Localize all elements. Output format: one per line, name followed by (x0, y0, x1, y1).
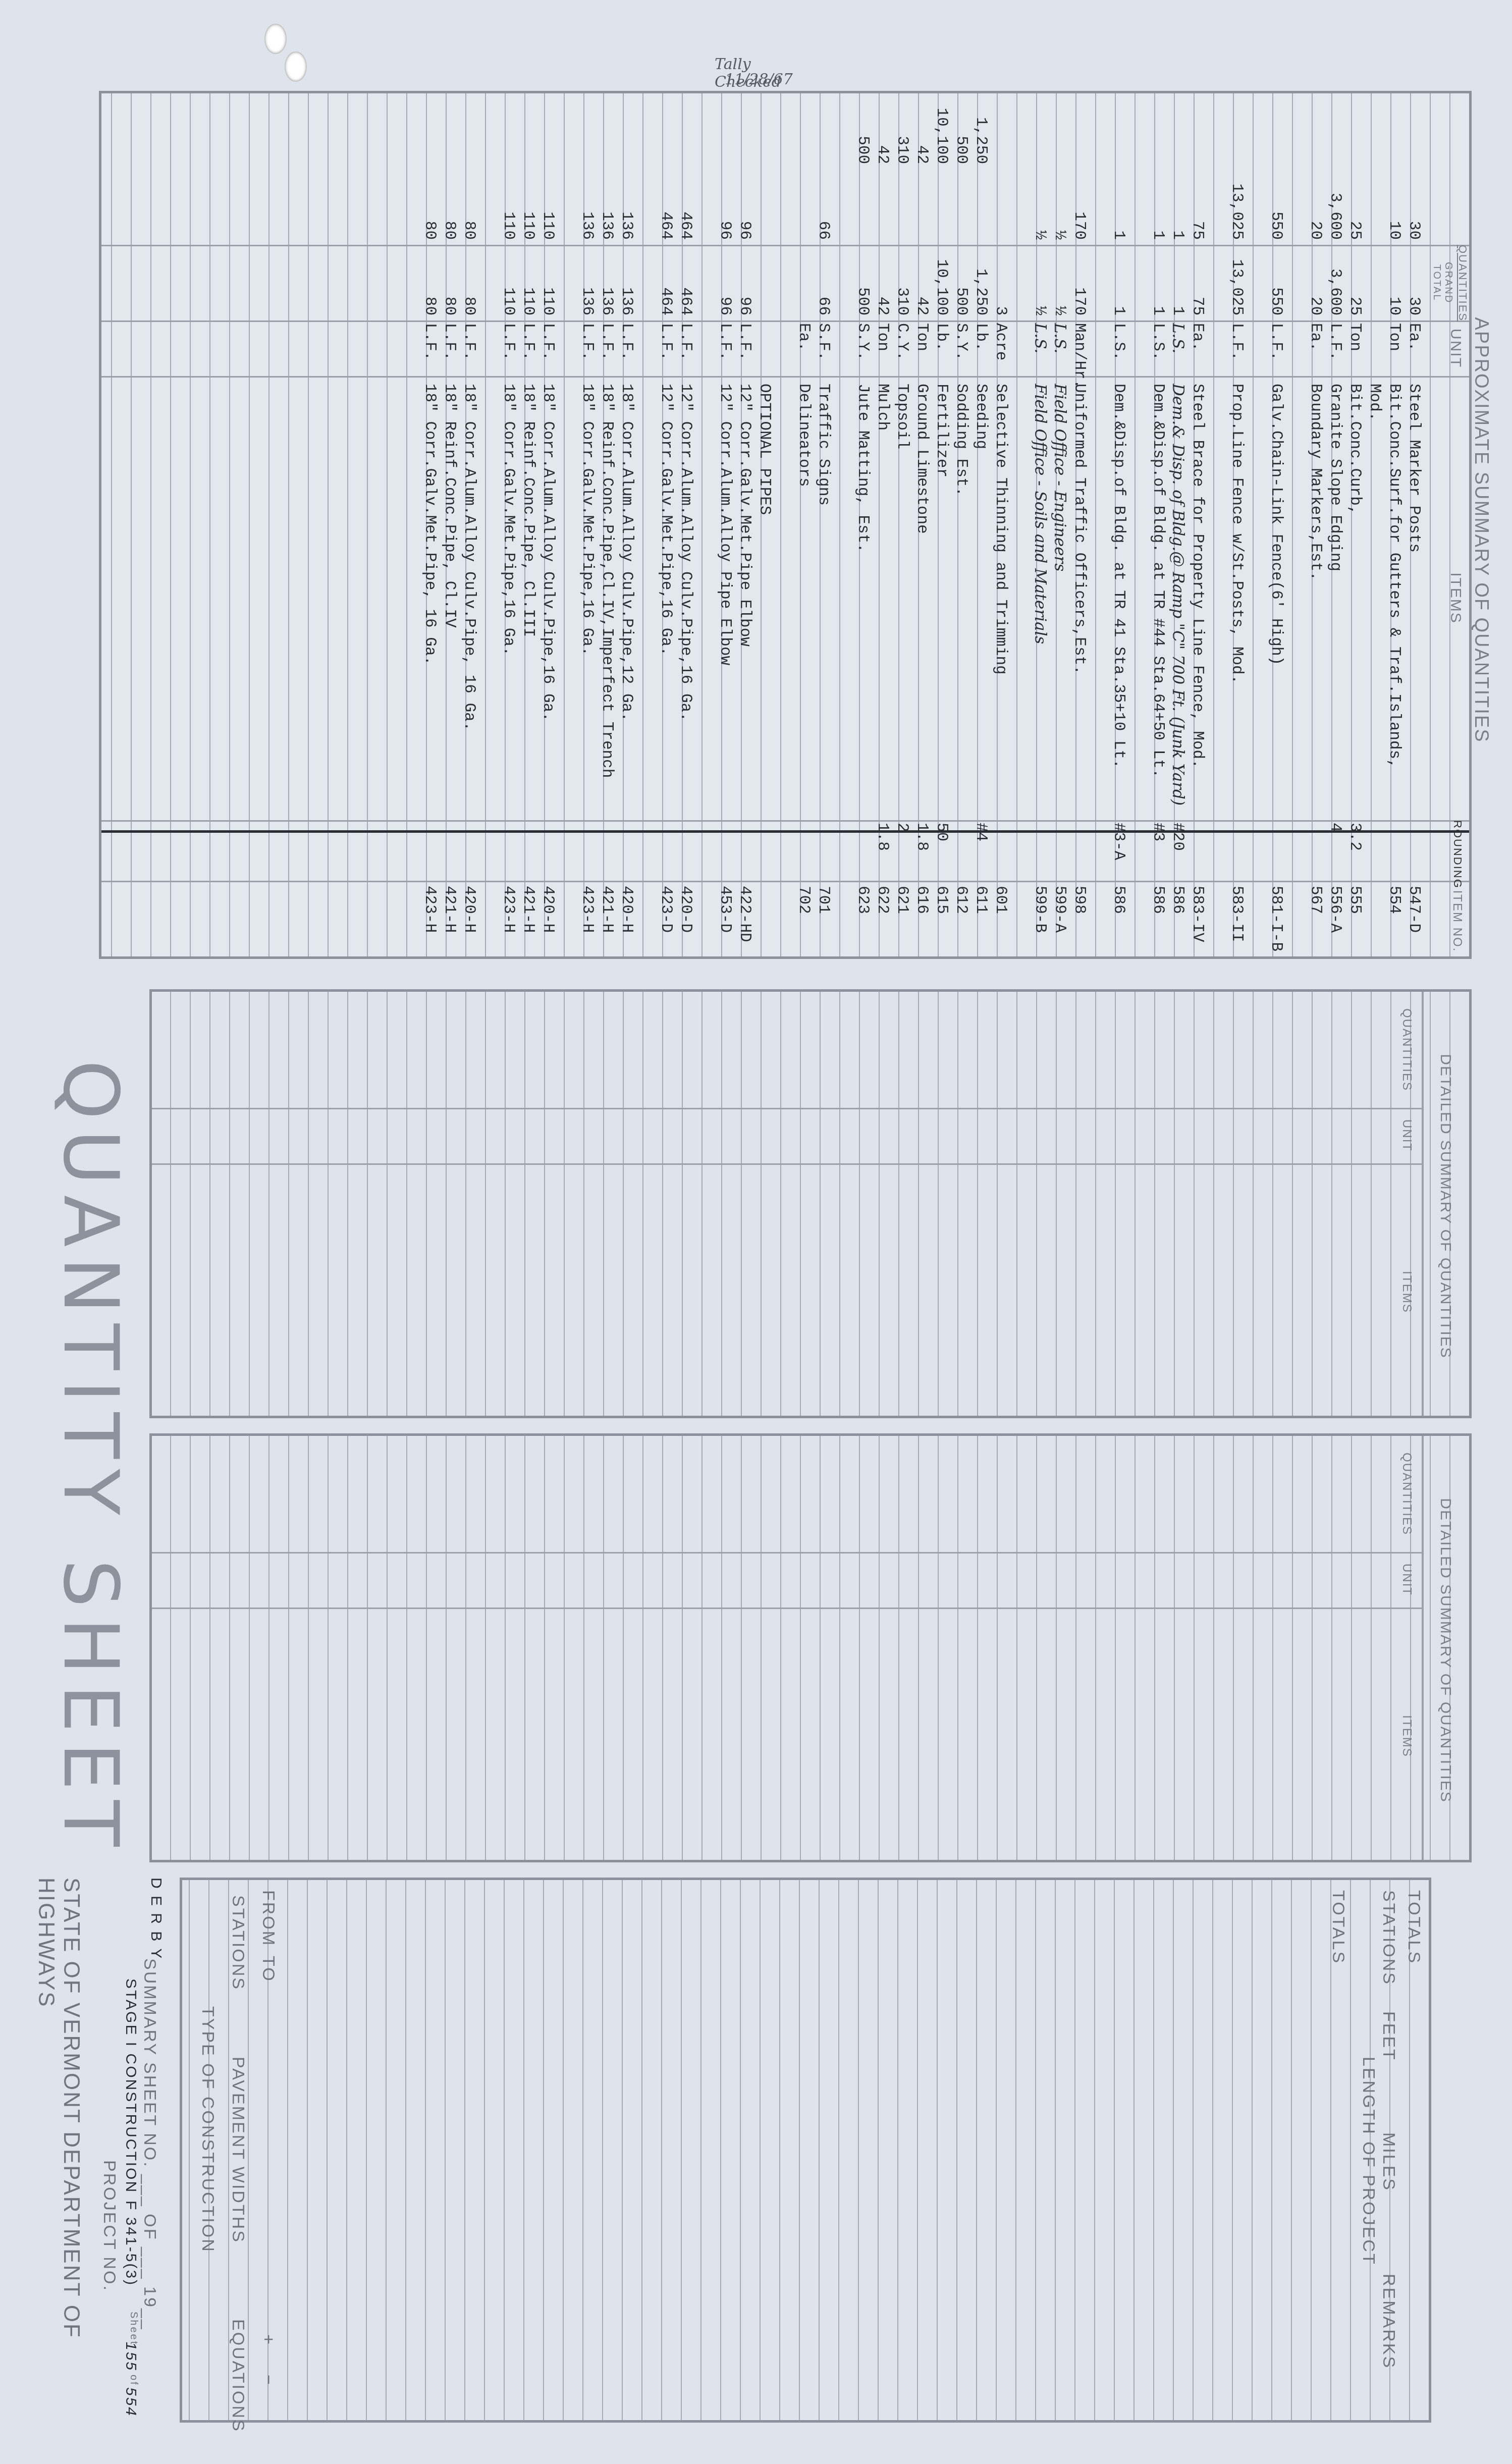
table-row: 701Traffic SignsS.F.6666 (814, 93, 833, 956)
unit-cell: L.F. (617, 323, 636, 373)
table-row: 601Selective Thinning and TrimmingAcre3 (991, 93, 1010, 956)
table-row: 420-H18" Corr.Alum.Alloy Culv.Pipe,12 Ga… (617, 93, 636, 956)
item-description-cell: 18" Corr.Alum.Alloy Culv.Pipe,16 Ga. (538, 384, 558, 818)
stations-label: STATIONS (228, 1895, 248, 1991)
project-number: F 341-5(3) (122, 2201, 139, 2286)
item-no-cell: 453-D (715, 886, 735, 956)
rounding-cell: 1.8 (912, 823, 932, 878)
grand-total-cell: 136 (617, 245, 636, 315)
pavement-widths-label: PAVEMENT WIDTHS (228, 2057, 248, 2243)
item-no-cell: 599-B (1030, 886, 1050, 956)
table-row: 421-H18" Reinf.Conc.Pipe, Cl.IVL.F.8080 (440, 93, 459, 956)
table-row: 623Jute Matting, Est.S.Y.500500 (853, 93, 873, 956)
item-no-cell: 615 (932, 886, 951, 956)
item-no-cell: 547-D (1404, 886, 1424, 956)
rounding-cell: 3.2 (1345, 823, 1365, 878)
grand-total-cell: 1 (1109, 245, 1128, 315)
grand-total-cell: 80 (440, 245, 459, 315)
item-description-cell: 12" Corr.Galv.Met.Pipe Elbow (735, 384, 754, 818)
item-description-cell: 18" Corr.Alum.Alloy Culv.Pipe,12 Ga. (617, 384, 636, 818)
grand-total-cell: 66 (814, 245, 833, 315)
grand-total-cell: 20 (1306, 245, 1325, 315)
table-row: 598Uniformed Traffic Officers,Est.Man/Hr… (1069, 93, 1089, 956)
item-description-cell: Seeding (971, 384, 991, 818)
type-of-construction-label: TYPE OF CONSTRUCTION (198, 2006, 218, 2253)
col-header-unit: UNIT (1447, 320, 1464, 376)
grand-total-cell: 10 (1384, 245, 1404, 315)
grand-total-cell: 110 (538, 245, 558, 315)
detailed-summary-1-title: DETAILED SUMMARY OF QUANTITIES (1437, 992, 1454, 1421)
unit-cell: Ton (1384, 323, 1404, 373)
rounding-cell: 1.8 (873, 823, 892, 878)
roadway-cell: 464 (656, 169, 676, 240)
len-stations-label: STATIONS (1379, 1890, 1398, 1986)
table-row: 6221.8MulchTon4242 (873, 93, 892, 956)
erosion-control-cell: 500 (853, 103, 873, 164)
unit-cell: L.F. (459, 323, 479, 373)
item-description-cell: Fertilizer (932, 384, 951, 818)
grand-total-cell: 170 (1069, 245, 1089, 315)
detailed-summary-table-1: DETAILED SUMMARY OF QUANTITIES QUANTITIE… (149, 989, 1472, 1418)
table-row: 612Sodding Est.S.Y.500500 (951, 93, 971, 956)
grand-total-cell: 96 (735, 245, 754, 315)
table-row: 611#4SeedingLb.1,2501,250 (971, 93, 991, 956)
unit-cell: Ea. (794, 323, 814, 373)
item-no-cell: 599-A (1050, 886, 1069, 956)
table-row (1089, 93, 1109, 956)
detailed-1-col-items: ITEMS (1399, 1163, 1414, 1421)
approx-summary-title: APPROXIMATE SUMMARY OF QUANTITIES (1470, 252, 1492, 808)
unit-cell: L.F. (597, 323, 617, 373)
town-name: D E R B Y (147, 1878, 165, 1960)
unit-cell: L.F. (1266, 323, 1286, 373)
table-row: 599-AField Office - EngineersL.S.½½ (1050, 93, 1069, 956)
table-row (1128, 93, 1148, 956)
item-no-cell: 420-H (538, 886, 558, 956)
unit-cell: L.F. (577, 323, 597, 373)
detailed-summary-2-title: DETAILED SUMMARY OF QUANTITIES (1437, 1436, 1454, 1865)
table-row: 423-H18" Corr.Galv.Met.Pipe,16 Ga.L.F.13… (577, 93, 597, 956)
roadway-cell: 13,025 (1227, 169, 1247, 240)
rounding-cell: 4 (1325, 823, 1345, 878)
item-description-cell: Jute Matting, Est. (853, 384, 873, 818)
item-no-cell: 581-I-B (1266, 886, 1286, 956)
grand-total-cell: ½ (1050, 245, 1069, 315)
table-row: 423-D12" Corr.Galv.Met.Pipe,16 Ga.L.F.46… (656, 93, 676, 956)
col-header-item-no: ITEM NO. (1450, 886, 1464, 956)
erosion-control-cell: 42 (912, 103, 932, 164)
unit-cell: L.F. (735, 323, 754, 373)
item-description-cell: Dem.& Disp. of Bldg.@ Ramp "C" 700 Ft. (… (1168, 384, 1187, 818)
unit-cell: L.S. (1168, 323, 1187, 373)
unit-cell: Ea. (1306, 323, 1325, 373)
item-no-cell: 601 (991, 886, 1010, 956)
erosion-control-cell: 10,100 (932, 103, 951, 164)
item-no-cell: 598 (1069, 886, 1089, 956)
roadway-cell: 110 (499, 169, 518, 240)
grand-total-cell: 1 (1148, 245, 1168, 315)
item-description-cell: Mod. (1365, 384, 1384, 818)
detailed-2-col-items: ITEMS (1399, 1608, 1414, 1865)
grand-total-cell: 3 (991, 245, 1010, 315)
table-row: 567Boundary Markers,Est.Ea.2020 (1306, 93, 1325, 956)
table-row (558, 93, 577, 956)
grand-total-cell: 75 (1187, 245, 1207, 315)
unit-cell: L.F. (1325, 323, 1345, 373)
erosion-control-cell: 310 (892, 103, 912, 164)
table-row (774, 93, 794, 956)
summary-sheet-label: SUMMARY SHEET NO. ___ OF ___ 19__ (140, 1958, 159, 2331)
roadway-cell: 80 (440, 169, 459, 240)
roadway-cell: 110 (538, 169, 558, 240)
table-row: 5553.2Bit.Conc.Curb,Ton2525 (1345, 93, 1365, 956)
grand-total-cell: 42 (912, 245, 932, 315)
item-description-cell: Field Office - Soils and Materials (1030, 384, 1050, 818)
table-row: 547-DSteel Marker PostsEa.3030 (1404, 93, 1424, 956)
unit-cell: L.F. (420, 323, 440, 373)
item-description-cell: Steel Marker Posts (1404, 384, 1424, 818)
unit-cell: Lb. (932, 323, 951, 373)
unit-cell: Man/Hr. (1069, 323, 1089, 373)
detailed-2-col-quantities: QUANTITIES (1399, 1436, 1414, 1552)
table-row: 556-A4Granite Slope EdgingL.F.3,6003,600 (1325, 93, 1345, 956)
table-row: 586#3-ADem.&Disp.of Bldg. at TR 41 Sta.3… (1109, 93, 1128, 956)
grand-total-cell: 136 (577, 245, 597, 315)
construction-table: TYPE OF CONSTRUCTION STATIONS FROM TO PA… (180, 1878, 1431, 2423)
rounding-cell: 2 (892, 823, 912, 878)
unit-cell: C.Y. (892, 323, 912, 373)
rounding-cell: #4 (971, 823, 991, 878)
roadway-cell: 10 (1384, 169, 1404, 240)
table-row: 420-H18" Corr.Alum.Alloy Culv.Pipe, 16 G… (459, 93, 479, 956)
table-row: OPTIONAL PIPES (754, 93, 774, 956)
item-description-cell: 18" Corr.Alum.Alloy Culv.Pipe, 16 Ga. (459, 384, 479, 818)
unit-cell: L.S. (1148, 323, 1168, 373)
item-no-cell: 556-A (1325, 886, 1345, 956)
roadway-cell: 1 (1109, 169, 1128, 240)
table-row (1207, 93, 1227, 956)
grand-total-cell: 3,600 (1325, 245, 1345, 315)
item-no-cell: 583-IV (1187, 886, 1207, 956)
rounding-cell: #3 (1148, 823, 1168, 878)
grand-total-cell: 10,100 (932, 245, 951, 315)
item-description-cell: Delineators (794, 384, 814, 818)
item-no-cell: 567 (1306, 886, 1325, 956)
table-row: 554Bit.Conc.Surf.for Gutters & Traf.Isla… (1384, 93, 1404, 956)
item-description-cell: 18" Corr.Galv.Met.Pipe, 16 Ga. (420, 384, 440, 818)
item-no-cell: 622 (873, 886, 892, 956)
item-description-cell: Bit.Conc.Surf.for Gutters & Traf.Islands… (1384, 384, 1404, 818)
table-row: 586#20Dem.& Disp. of Bldg.@ Ramp "C" 700… (1168, 93, 1187, 956)
roadway-cell: 464 (676, 169, 695, 240)
equation-plus: + (258, 2334, 278, 2346)
roadway-cell: 110 (518, 169, 538, 240)
roadway-cell: 96 (735, 169, 754, 240)
grand-total-cell: 1,250 (971, 245, 991, 315)
erosion-control-cell: 42 (873, 103, 892, 164)
grand-total-cell: 464 (656, 245, 676, 315)
grand-total-cell: 550 (1266, 245, 1286, 315)
table-row (1247, 93, 1266, 956)
equations-label: EQUATIONS (228, 2319, 248, 2433)
sheet-number-label: Sheet (128, 2312, 139, 2345)
item-no-cell: 702 (794, 886, 814, 956)
table-row (1010, 93, 1030, 956)
table-row: 420-D12" Corr.Alum.Alloy Culv.Pipe,16 Ga… (676, 93, 695, 956)
item-description-cell: 18" Reinf.Conc.Pipe, Cl.III (518, 384, 538, 818)
item-no-cell: 421-H (597, 886, 617, 956)
roadway-cell: 30 (1404, 169, 1424, 240)
punch-hole (264, 24, 287, 54)
grand-total-cell: 136 (597, 245, 617, 315)
item-no-cell: 423-D (656, 886, 676, 956)
item-no-cell: 586 (1168, 886, 1187, 956)
item-no-cell: 421-H (440, 886, 459, 956)
grand-total-cell: 500 (951, 245, 971, 315)
item-description-cell: Bit.Conc.Curb, (1345, 384, 1365, 818)
grand-total-cell: 42 (873, 245, 892, 315)
roadway-cell: 75 (1187, 169, 1207, 240)
item-description-cell: Topsoil (892, 384, 912, 818)
item-description-cell: Boundary Markers,Est. (1306, 384, 1325, 818)
to-label: TO (258, 1956, 278, 1983)
roadway-cell: 136 (577, 169, 597, 240)
unit-cell: L.S. (1109, 323, 1128, 373)
unit-cell: S.Y. (951, 323, 971, 373)
item-no-cell: 555 (1345, 886, 1365, 956)
table-row: 702DelineatorsEa. (794, 93, 814, 956)
roadway-cell: 170 (1069, 169, 1089, 240)
item-no-cell: 621 (892, 886, 912, 956)
item-no-cell: 586 (1109, 886, 1128, 956)
detailed-2-col-unit: UNIT (1399, 1552, 1414, 1608)
item-description-cell: 18" Corr.Galv.Met.Pipe,16 Ga. (499, 384, 518, 818)
item-no-cell: 611 (971, 886, 991, 956)
table-row: 422-HD12" Corr.Galv.Met.Pipe ElbowL.F.96… (735, 93, 754, 956)
totals-label-1: TOTALS (1328, 1890, 1348, 1964)
unit-cell: S.Y. (853, 323, 873, 373)
table-row: 586#3Dem.&Disp.of Bldg. at TR #44 Sta.64… (1148, 93, 1168, 956)
rounding-cell: #3-A (1109, 823, 1128, 878)
item-no-cell: 420-D (676, 886, 695, 956)
item-no-cell: 423-H (499, 886, 518, 956)
unit-cell: L.F. (440, 323, 459, 373)
unit-cell: S.F. (814, 323, 833, 373)
item-no-cell: 623 (853, 886, 873, 956)
grand-total-cell: 110 (518, 245, 538, 315)
col-header-items: ITEMS (1447, 376, 1464, 820)
table-row (479, 93, 499, 956)
unit-cell: Ton (912, 323, 932, 373)
approx-summary-rows: 547-DSteel Marker PostsEa.3030554Bit.Con… (101, 93, 1424, 956)
equation-minus: − (258, 2375, 278, 2386)
erosion-control-cell: 500 (951, 103, 971, 164)
roadway-cell: 1 (1148, 169, 1168, 240)
detailed-1-col-quantities: QUANTITIES (1399, 992, 1414, 1108)
grand-total-cell: ½ (1030, 245, 1050, 315)
item-description-cell: Selective Thinning and Trimming (991, 384, 1010, 818)
item-no-cell: 420-H (617, 886, 636, 956)
grand-total-cell: 80 (420, 245, 440, 315)
table-row (1286, 93, 1306, 956)
table-row (695, 93, 715, 956)
item-description-cell: Mulch (873, 384, 892, 818)
grand-total-cell: 464 (676, 245, 695, 315)
item-no-cell: 554 (1384, 886, 1404, 956)
roadway-cell: 550 (1266, 169, 1286, 240)
roadway-cell: 136 (617, 169, 636, 240)
roadway-cell: 66 (814, 169, 833, 240)
table-row: 423-H18" Corr.Galv.Met.Pipe, 16 Ga.L.F.8… (420, 93, 440, 956)
item-description-cell: Dem.&Disp.of Bldg. at TR 41 Sta.35+10 Lt… (1109, 384, 1128, 818)
item-description-cell: Granite Slope Edging (1325, 384, 1345, 818)
roadway-cell: ½ (1030, 169, 1050, 240)
col-header-rounding: ROUNDING (1451, 820, 1464, 881)
table-row (833, 93, 853, 956)
item-description-cell: OPTIONAL PIPES (754, 384, 774, 818)
table-row: 6161.8Ground LimestoneTon4242 (912, 93, 932, 956)
grand-total-cell: 13,025 (1227, 245, 1247, 315)
grand-total-cell: 500 (853, 245, 873, 315)
col-header-grand-total: GRAND TOTAL (1431, 245, 1454, 320)
sheet-number: 155 (122, 2342, 139, 2372)
roadway-cell: 80 (420, 169, 440, 240)
table-row: 423-H18" Corr.Galv.Met.Pipe,16 Ga.L.F.11… (499, 93, 518, 956)
roadway-cell: 20 (1306, 169, 1325, 240)
feet-label: FEET (1379, 2011, 1398, 2061)
item-no-cell: 612 (951, 886, 971, 956)
detailed-1-col-unit: UNIT (1399, 1108, 1414, 1163)
item-no-cell: 586 (1148, 886, 1168, 956)
table-row: 583-IIProp.Line Fence w/St.Posts, Mod.L.… (1227, 93, 1247, 956)
roadway-cell: 80 (459, 169, 479, 240)
sheet-of-label: of (128, 2375, 139, 2386)
sheet-title: QUANTITY SHEET (46, 1060, 134, 1857)
erosion-control-cell: 1,250 (971, 103, 991, 164)
rounding-cell: 50 (932, 823, 951, 878)
project-id-line: STAGE I CONSTRUCTION F 341-5(3) Sheet 15… (109, 1878, 139, 2423)
item-description-cell: Uniformed Traffic Officers,Est. (1069, 384, 1089, 818)
detailed-summary-table-2: DETAILED SUMMARY OF QUANTITIES QUANTITIE… (149, 1433, 1472, 1862)
item-description-cell: Field Office - Engineers (1050, 384, 1069, 818)
totals-label-2: TOTALS (1404, 1890, 1424, 1964)
item-description-cell: Ground Limestone (912, 384, 932, 818)
grand-total-cell: 96 (715, 245, 735, 315)
item-description-cell: Prop.Line Fence w/St.Posts, Mod. (1227, 384, 1247, 818)
unit-cell: L.F. (715, 323, 735, 373)
item-description-cell: 12" Corr.Galv.Met.Pipe,16 Ga. (656, 384, 676, 818)
unit-cell: L.F. (676, 323, 695, 373)
item-no-cell: 423-H (420, 886, 440, 956)
item-no-cell: 422-HD (735, 886, 754, 956)
roadway-cell: ½ (1050, 169, 1069, 240)
agency-name: STATE OF VERMONT DEPARTMENT OF HIGHWAYS (33, 1878, 84, 2433)
stage-label: STAGE I CONSTRUCTION (122, 1978, 139, 2193)
unit-cell: Ton (873, 323, 892, 373)
unit-cell: L.S. (1050, 323, 1069, 373)
table-row: 453-D12" Corr.Alum.Alloy Pipe ElbowL.F.9… (715, 93, 735, 956)
item-description-cell: 12" Corr.Alum.Alloy Pipe Elbow (715, 384, 735, 818)
tally-date-note: 11/28/67 (725, 71, 793, 88)
grand-total-cell: 80 (459, 245, 479, 315)
item-description-cell: 18" Reinf.Conc.Pipe, Cl.IV (440, 384, 459, 818)
table-row: 61550FertilizerLb.10,10010,100 (932, 93, 951, 956)
unit-cell: Ea. (1187, 323, 1207, 373)
item-no-cell: 701 (814, 886, 833, 956)
unit-cell: Lb. (971, 323, 991, 373)
table-row: 420-H18" Corr.Alum.Alloy Culv.Pipe,16 Ga… (538, 93, 558, 956)
approx-summary-table: ITEM NO. ROUNDING ITEMS UNIT QUANTITIES … (99, 91, 1472, 959)
unit-cell: Ea. (1404, 323, 1424, 373)
table-row (636, 93, 656, 956)
miles-label: MILES (1379, 2132, 1398, 2191)
item-no-cell: 616 (912, 886, 932, 956)
unit-cell: L.F. (518, 323, 538, 373)
length-of-project-label: LENGTH OF PROJECT (1359, 2057, 1378, 2266)
table-row: 581-I-BGalv.Chain-Link Fence(6' High)L.F… (1266, 93, 1286, 956)
item-description-cell: Dem.&Disp.of Bldg. at TR #44 Sta.64+50 L… (1148, 384, 1168, 818)
unit-cell: L.F. (656, 323, 676, 373)
unit-cell: Acre (991, 323, 1010, 373)
table-row: 599-BField Office - Soils and MaterialsL… (1030, 93, 1050, 956)
unit-cell: L.F. (1227, 323, 1247, 373)
grand-total-cell: 25 (1345, 245, 1365, 315)
rounding-cell: #20 (1168, 823, 1187, 878)
item-no-cell: 421-H (518, 886, 538, 956)
unit-cell: L.F. (499, 323, 518, 373)
table-row: 583-IVSteel Brace for Property Line Fenc… (1187, 93, 1207, 956)
from-label: FROM (258, 1890, 278, 1947)
item-description-cell: Steel Brace for Property Line Fence, Mod… (1187, 384, 1207, 818)
grand-total-cell: 1 (1168, 245, 1187, 315)
item-no-cell: 420-H (459, 886, 479, 956)
table-row: 421-H18" Reinf.Conc.Pipe, Cl.IIIL.F.1101… (518, 93, 538, 956)
title-block: STATE OF VERMONT DEPARTMENT OF HIGHWAYS … (28, 1878, 1492, 2433)
item-description-cell: 12" Corr.Alum.Alloy Culv.Pipe,16 Ga. (676, 384, 695, 818)
grand-total-cell: 310 (892, 245, 912, 315)
item-no-cell: 423-H (577, 886, 597, 956)
item-description-cell: 18" Corr.Galv.Met.Pipe,16 Ga. (577, 384, 597, 818)
table-row: Mod. (1365, 93, 1384, 956)
item-description-cell: Sodding Est. (951, 384, 971, 818)
item-description-cell: Traffic Signs (814, 384, 833, 818)
item-description-cell: 18" Reinf.Conc.Pipe,Cl.IV,Imperfect Tren… (597, 384, 617, 818)
total-sheets: 554 (122, 2387, 139, 2417)
roadway-cell: 25 (1345, 169, 1365, 240)
table-row: 6212TopsoilC.Y.310310 (892, 93, 912, 956)
item-no-cell: 583-II (1227, 886, 1247, 956)
roadway-cell: 96 (715, 169, 735, 240)
roadway-cell: 3,600 (1325, 169, 1345, 240)
unit-cell: L.F. (538, 323, 558, 373)
unit-cell: L.S. (1030, 323, 1050, 373)
punch-hole (285, 51, 307, 82)
table-row: 421-H18" Reinf.Conc.Pipe,Cl.IV,Imperfect… (597, 93, 617, 956)
grand-total-cell: 30 (1404, 245, 1424, 315)
roadway-cell: 1 (1168, 169, 1187, 240)
quantity-sheet-page: Tally Checked 11/28/67 RED CHK 10/30/67 … (0, 0, 1512, 2464)
unit-cell: Ton (1345, 323, 1365, 373)
col-header-quantities: QUANTITIES (1456, 245, 1469, 320)
item-description-cell: Galv.Chain-Link Fence(6' High) (1266, 384, 1286, 818)
roadway-cell: 136 (597, 169, 617, 240)
grand-total-cell: 110 (499, 245, 518, 315)
remarks-label: REMARKS (1379, 2274, 1398, 2369)
